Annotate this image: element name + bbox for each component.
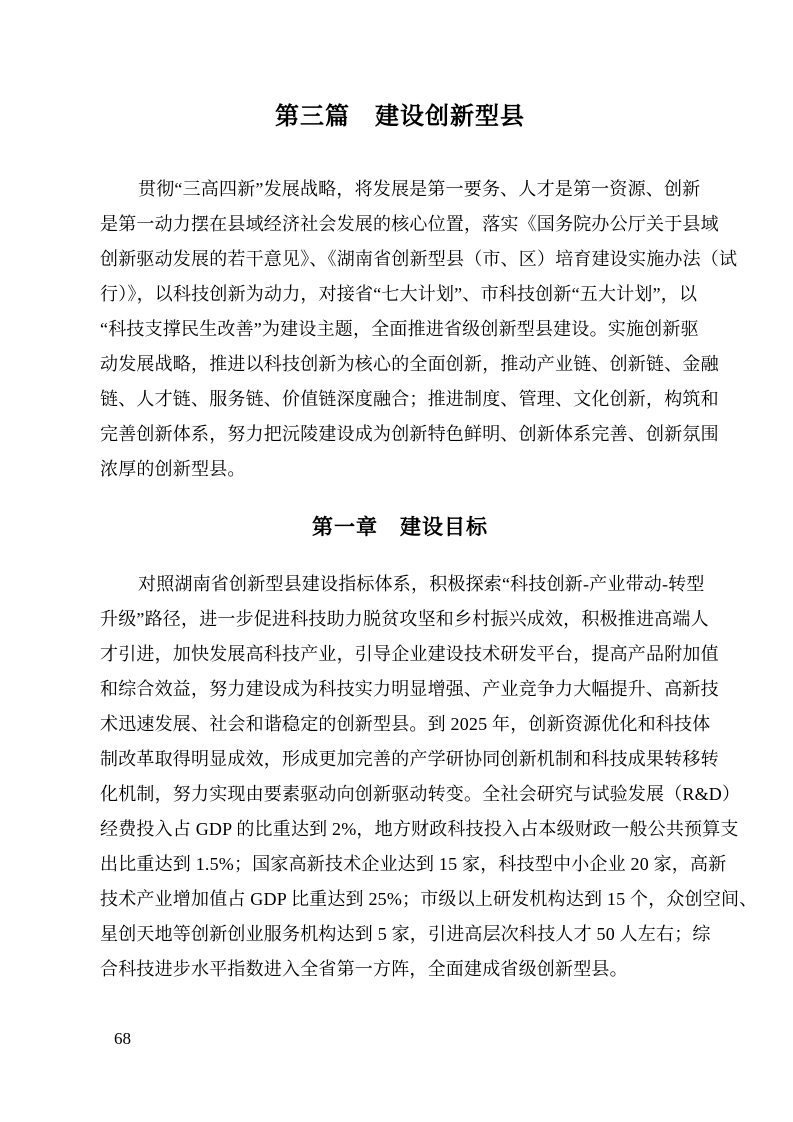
body-line: 浓厚的创新型县。	[100, 452, 700, 487]
body-line: 对照湖南省创新型县建设指标体系，积极探索“科技创新-产业带动-转型	[100, 567, 700, 602]
body-line: 出比重达到 1.5%；国家高新技术企业达到 15 家，科技型中小企业 20 家，…	[100, 847, 700, 882]
body-line: 制改革取得明显成效，形成更加完善的产学研协同创新机制和科技成果转移转	[100, 742, 700, 777]
body-line: 经费投入占 GDP 的比重达到 2%，地方财政科技投入占本级财政一般公共预算支	[100, 812, 700, 847]
body-line: 化机制，努力实现由要素驱动向创新驱动转变。全社会研究与试验发展（R&D）	[100, 777, 700, 812]
body-line: 链、人才链、服务链、价值链深度融合；推进制度、管理、文化创新，构筑和	[100, 382, 700, 417]
body-line: 术迅速发展、社会和谐稳定的创新型县。到 2025 年，创新资源优化和科技体	[100, 707, 700, 742]
body-line: 星创天地等创新创业服务机构达到 5 家，引进高层次科技人才 50 人左右；综	[100, 917, 700, 952]
document-page: 第三篇 建设创新型县 贯彻“三高四新”发展战略，将发展是第一要务、人才是第一资源…	[0, 0, 793, 1122]
paragraph-2: 对照湖南省创新型县建设指标体系，积极探索“科技创新-产业带动-转型 升级”路径，…	[100, 567, 700, 987]
section-title: 第三篇 建设创新型县	[100, 100, 700, 135]
paragraph-1: 贯彻“三高四新”发展战略，将发展是第一要务、人才是第一资源、创新 是第一动力摆在…	[100, 172, 700, 487]
body-line: 创新驱动发展的若干意见》、《湖南省创新型县（市、区）培育建设实施办法（试	[100, 242, 700, 277]
body-line: 才引进，加快发展高科技产业，引导企业建设技术研发平台，提高产品附加值	[100, 637, 700, 672]
body-line: 行）》，以科技创新为动力，对接省“七大计划”、市科技创新“五大计划”，以	[100, 277, 700, 312]
body-line: 合科技进步水平指数进入全省第一方阵，全面建成省级创新型县。	[100, 952, 700, 987]
body-line: 动发展战略，推进以科技创新为核心的全面创新，推动产业链、创新链、金融	[100, 347, 700, 382]
body-line: 完善创新体系，努力把沅陵建设成为创新特色鲜明、创新体系完善、创新氛围	[100, 417, 700, 452]
body-line: “科技支撑民生改善”为建设主题，全面推进省级创新型县建设。实施创新驱	[100, 312, 700, 347]
body-line: 升级”路径，进一步促进科技助力脱贫攻坚和乡村振兴成效，积极推进高端人	[100, 602, 700, 637]
page-number: 68	[114, 1029, 700, 1049]
body-line: 是第一动力摆在县域经济社会发展的核心位置，落实《国务院办公厅关于县域	[100, 207, 700, 242]
body-line: 贯彻“三高四新”发展战略，将发展是第一要务、人才是第一资源、创新	[100, 172, 700, 207]
body-line: 技术产业增加值占 GDP 比重达到 25%；市级以上研发机构达到 15 个，众创…	[100, 882, 700, 917]
body-line: 和综合效益，努力建设成为科技实力明显增强、产业竞争力大幅提升、高新技	[100, 672, 700, 707]
chapter-heading: 第一章 建设目标	[100, 510, 700, 545]
